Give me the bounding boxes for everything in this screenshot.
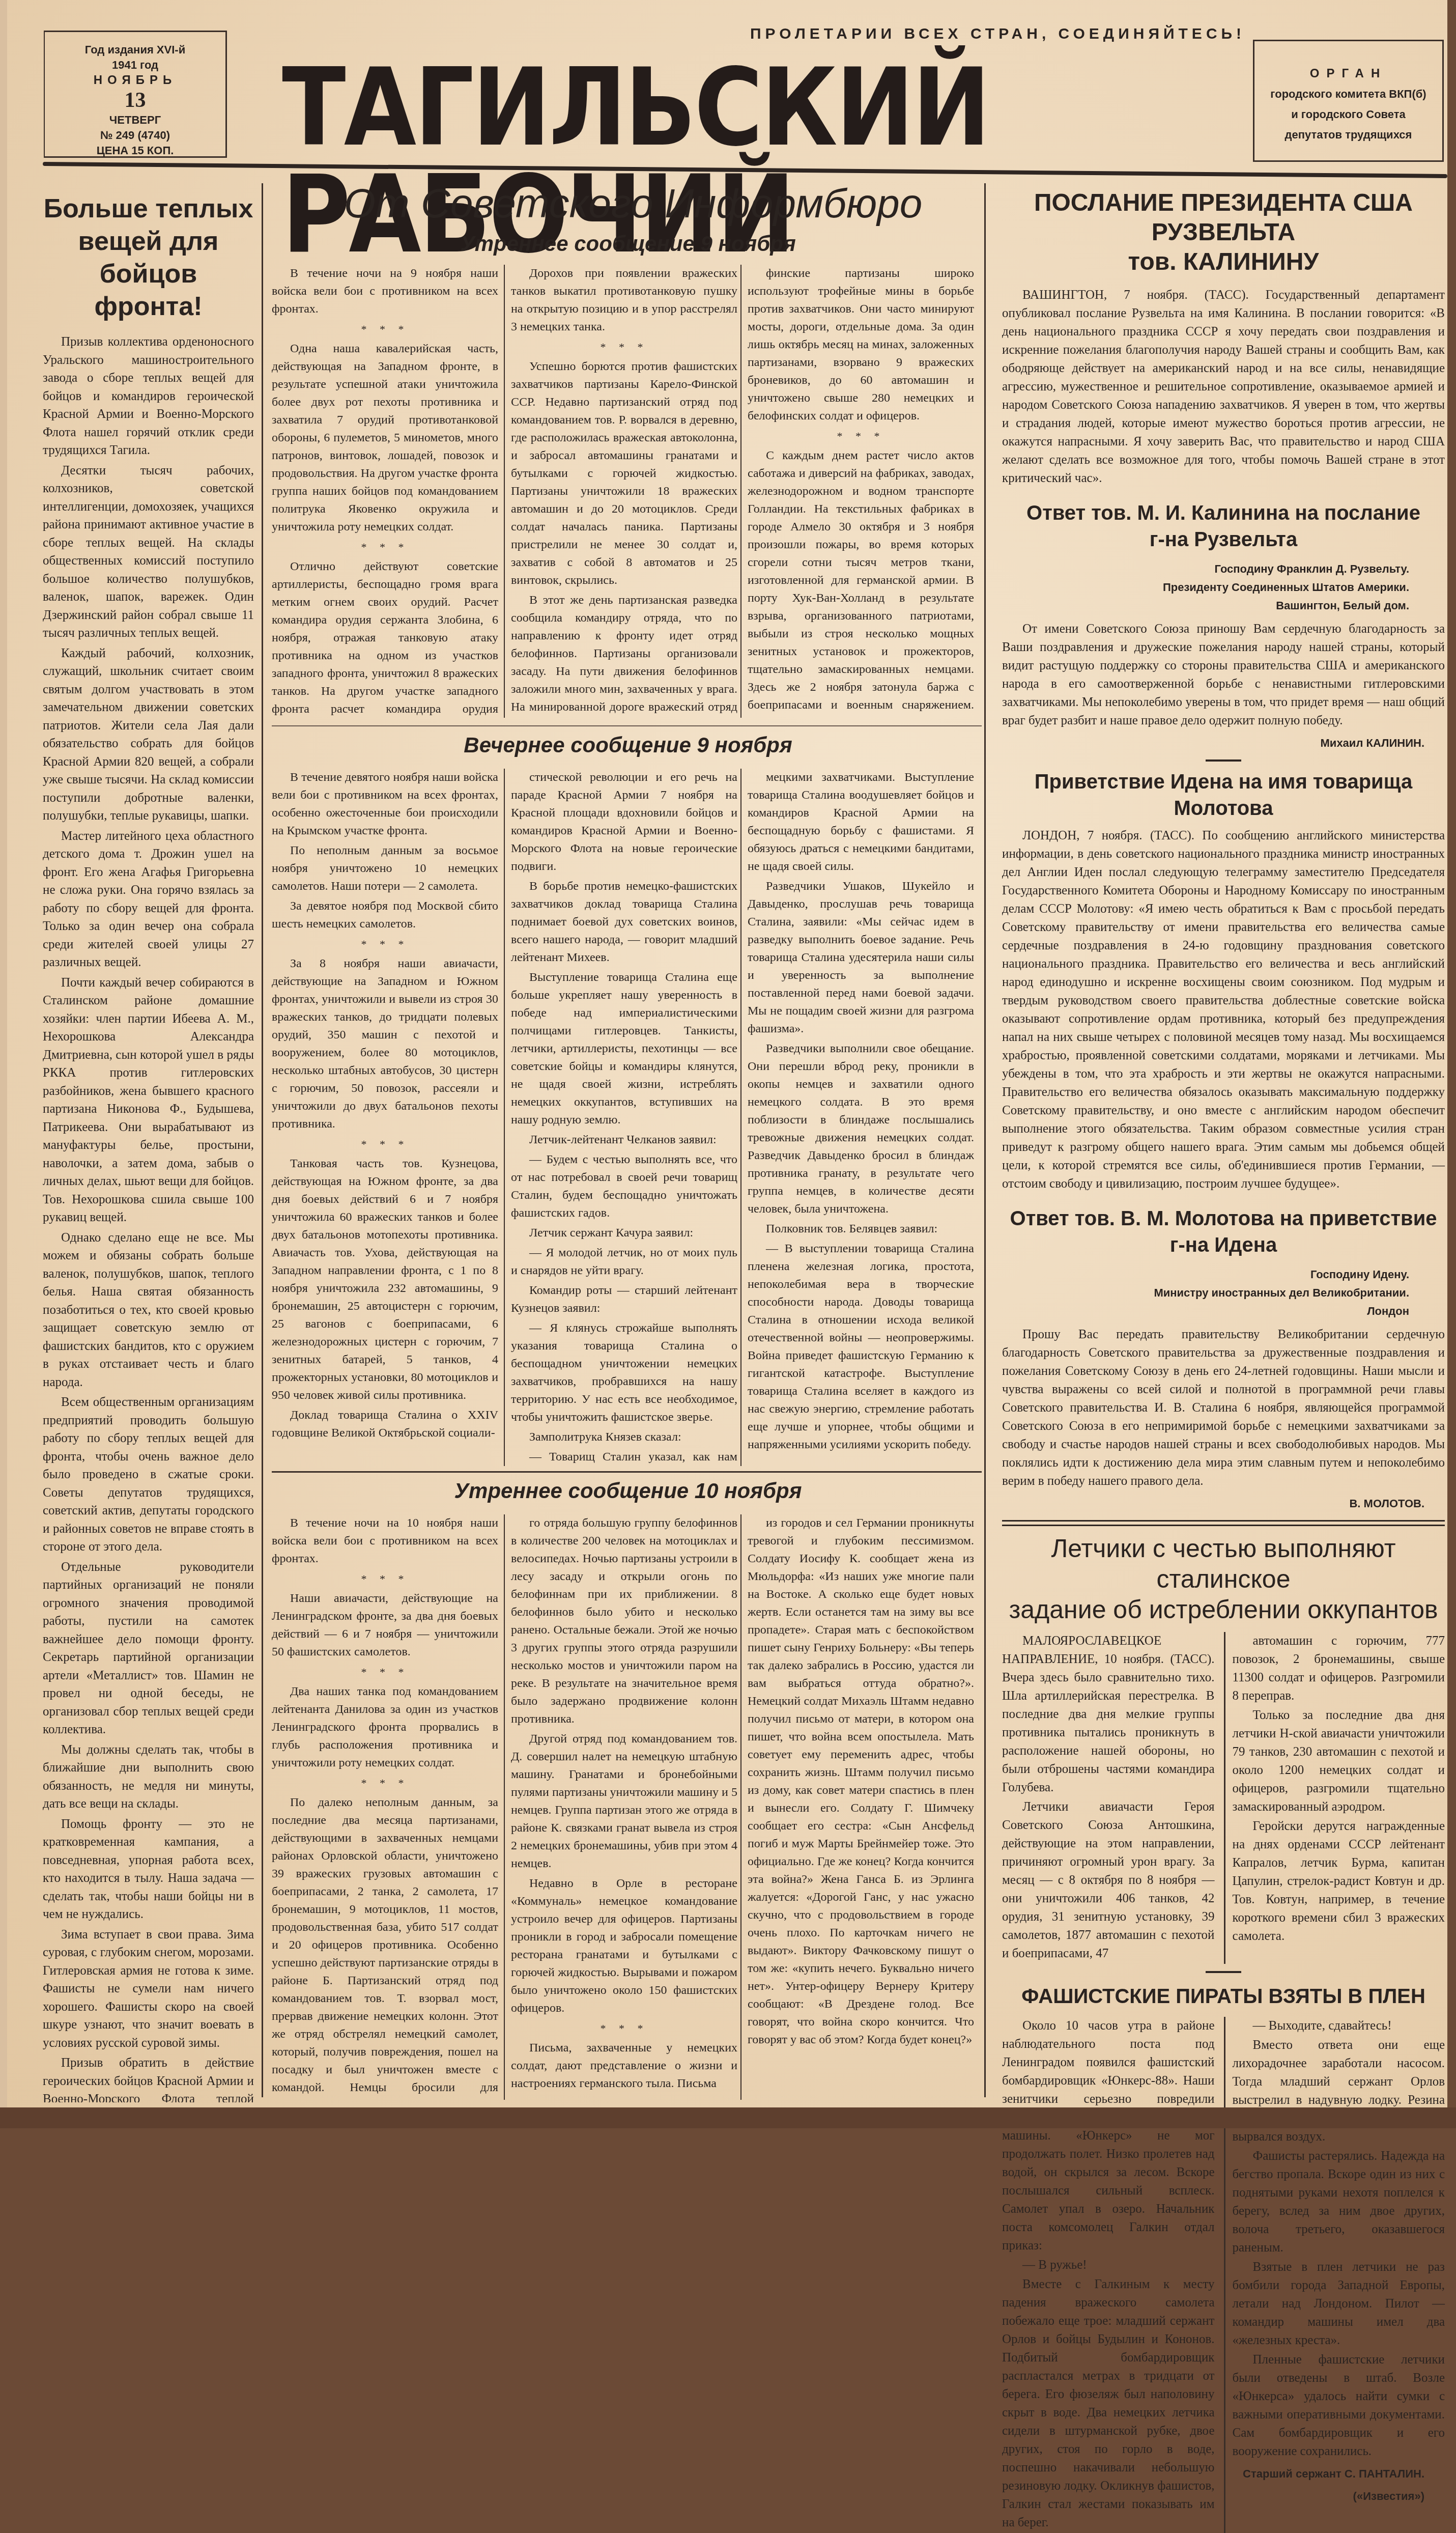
- pilots-col: МАЛОЯРОСЛАВЕЦКОЕ НАПРАВЛЕНИЕ, 10 ноября.…: [1002, 1632, 1215, 1964]
- column-divider: [984, 183, 986, 2097]
- pilots-headline-2: задание об истреблении оккупантов: [1002, 1594, 1445, 1625]
- paragraph: Успешно борются против фашистских захват…: [511, 358, 737, 589]
- paragraph: Мы должны сделать так, чтобы в ближайшие…: [43, 1741, 254, 1813]
- paragraph: Всем общественным организациям предприят…: [43, 1393, 254, 1556]
- paragraph: Геройски дерутся награжденные на днях ор…: [1233, 1817, 1445, 1946]
- address-line: Господину Идену.: [1002, 1265, 1409, 1284]
- section-title: Вечернее сообщение 9 ноября: [272, 733, 984, 757]
- paragraph: Каждый рабочий, колхозник, служащий, шко…: [43, 644, 254, 825]
- paragraph: Призыв обратить в действие героических б…: [43, 2054, 254, 2102]
- report-column: В течение ночи на 9 ноября наши войска в…: [272, 265, 498, 718]
- newspaper-page: Год издания XVI-й 1941 год НОЯБРЬ 13 ЧЕТ…: [7, 0, 1447, 2107]
- column-divider: [740, 265, 741, 718]
- section-separator: * * *: [748, 427, 974, 445]
- paragraph: Танковая часть тов. Кузнецова, действующ…: [272, 1155, 498, 1404]
- paragraph: Разведчики выполнили свое обещание. Они …: [748, 1040, 974, 1218]
- paragraph: В борьбе против немецко-фашистских захва…: [511, 878, 737, 967]
- paragraph: Только за последние два дня летчики Н-ск…: [1233, 1706, 1445, 1816]
- section-title: Утреннее сообщение 9 ноября: [272, 232, 984, 256]
- organ-box: ОРГАН городского комитета ВКП(б) и город…: [1253, 40, 1444, 162]
- paragraph: автомашин с горючим, 777 повозок, 2 брон…: [1233, 1632, 1445, 1705]
- pilots-body: МАЛОЯРОСЛАВЕЦКОЕ НАПРАВЛЕНИЕ, 10 ноября.…: [1002, 1632, 1445, 1964]
- kalinin-body: От имени Советского Союза приношу Вам се…: [1002, 620, 1445, 730]
- paragraph: го отряда большую группу белофиннов в ко…: [511, 1514, 737, 1728]
- motto: ПРОЛЕТАРИИ ВСЕХ СТРАН, СОЕДИНЯЙТЕСЬ!: [750, 25, 1245, 43]
- molotov-headline: Ответ тов. В. М. Молотова на приветствие: [1002, 1205, 1445, 1232]
- right-column: ПОСЛАНИЕ ПРЕЗИДЕНТА США РУЗВЕЛЬТА тов. К…: [1002, 188, 1445, 2128]
- paragraph: Десятки тысяч рабочих, колхозников, сове…: [43, 462, 254, 642]
- paragraph: — Товарищ Сталин указал, как нам надо де…: [511, 1448, 737, 1466]
- paragraph: Разведчики Ушаков, Шукейло и Давыденко, …: [748, 878, 974, 1038]
- paragraph: Зима вступает в свои права. Зима суровая…: [43, 1926, 254, 2052]
- eden-headline: Приветствие Идена на имя товарища Молото…: [1002, 769, 1445, 822]
- month: НОЯБРЬ: [45, 73, 225, 88]
- section-separator: * * *: [272, 1774, 498, 1792]
- address-line: Господину Франклин Д. Рузвельту.: [1002, 560, 1409, 578]
- day: 13: [45, 88, 225, 112]
- organ-label: ОРГАН: [1254, 64, 1442, 84]
- report-column: В течение ночи на 10 ноября наши войска …: [272, 1514, 498, 2100]
- paragraph: Помощь фронту — это не кратковременная к…: [43, 1815, 254, 1924]
- left-article-headline: Больше теплых вещей для бойцов фронта!: [43, 192, 254, 323]
- report-column: Дорохов при появлении вражеских танков в…: [511, 265, 737, 718]
- column-divider: [504, 1514, 505, 2100]
- column-divider: [740, 1514, 741, 2100]
- paragraph: Одна наша кавалерийская часть, действующ…: [272, 340, 498, 536]
- paragraph: По далеко неполным данным, за последние …: [272, 1794, 498, 2100]
- paragraph: Отдельные руководители партийных организ…: [43, 1558, 254, 1739]
- paragraph: — Выходите, сдавайтесь!: [1233, 2017, 1445, 2035]
- divider: [1002, 1520, 1445, 1526]
- divider: [1206, 1971, 1241, 1973]
- pilots-col: автомашин с горючим, 777 повозок, 2 брон…: [1224, 1632, 1445, 1964]
- paragraph: Выступление товарища Сталина еще больше …: [511, 969, 737, 1129]
- paragraph: За девятое ноября под Москвой сбито шест…: [272, 897, 498, 933]
- paragraph: Однако сделано еще не все. Мы можем и об…: [43, 1229, 254, 1392]
- year: 1941 год: [45, 58, 225, 73]
- paragraph: В течение ночи на 9 ноября наши войска в…: [272, 265, 498, 318]
- left-article: Больше теплых вещей для бойцов фронта! П…: [43, 188, 254, 2102]
- address-line: Президенту Соединенных Штатов Америки.: [1002, 578, 1409, 597]
- paragraph: — Будем с честью выполнять все, что от н…: [511, 1151, 737, 1222]
- roosevelt-headline: ПОСЛАНИЕ ПРЕЗИДЕНТА США РУЗВЕЛЬТА: [1002, 188, 1445, 247]
- kalinin-address: Господину Франклин Д. Рузвельту. Президе…: [1002, 560, 1409, 615]
- paragraph: из городов и сел Германии проникнуты тре…: [748, 1514, 974, 2049]
- column-divider: [262, 183, 263, 2097]
- paragraph: Наши авиачасти, действующие на Ленинград…: [272, 1590, 498, 1661]
- section-separator: * * *: [272, 935, 498, 953]
- kalinin-headline: Ответ тов. М. И. Калинина на послание: [1002, 500, 1445, 526]
- paragraph: В этот же день партизанская разведка соо…: [511, 592, 737, 718]
- section-separator: * * *: [511, 338, 737, 356]
- paragraph: МАЛОЯРОСЛАВЕЦКОЕ НАПРАВЛЕНИЕ, 10 ноября.…: [1002, 1632, 1215, 1797]
- section-separator: * * *: [272, 1663, 498, 1681]
- issue-number: № 249 (4740): [45, 128, 225, 143]
- column-divider: [740, 769, 741, 1466]
- section-rule: [272, 1471, 982, 1473]
- report-column: В течение девятого ноября наши войска ве…: [272, 769, 498, 1466]
- paragraph: — В выступлении товарища Сталина пленена…: [748, 1240, 974, 1454]
- paragraph: Дорохов при появлении вражеских танков в…: [511, 265, 737, 336]
- section-separator: * * *: [272, 1570, 498, 1588]
- molotov-headline-2: г-на Идена: [1002, 1232, 1445, 1258]
- kalinin-signature: Михаил КАЛИНИН.: [1002, 734, 1424, 752]
- paragraph: Отлично действуют советские артиллеристы…: [272, 558, 498, 718]
- paragraph: В течение ночи на 10 ноября наши войска …: [272, 1514, 498, 1568]
- price: ЦЕНА 15 КОП.: [45, 143, 225, 158]
- weekday: ЧЕТВЕРГ: [45, 112, 225, 128]
- roosevelt-body: ВАШИНГТОН, 7 ноября. (ТАСС). Государстве…: [1002, 286, 1445, 488]
- report-column: мецкими захватчиками. Выступление товари…: [748, 769, 974, 1466]
- section-separator: * * *: [272, 538, 498, 556]
- eden-body: ЛОНДОН, 7 ноября. (ТАСС). По сообщению а…: [1002, 827, 1445, 1193]
- paragraph: Доклад товарища Сталина о XXIV годовщине…: [272, 1406, 498, 1442]
- paragraph: По неполным данным за восьмое ноября уни…: [272, 842, 498, 895]
- paragraph: стической революции и его речь на параде…: [511, 769, 737, 876]
- paragraph: мецкими захватчиками. Выступление товари…: [748, 769, 974, 876]
- page-edge: [0, 2107, 1456, 2128]
- paragraph: Другой отряд под командованием тов. Д. с…: [511, 1730, 737, 1873]
- section-title: Утреннее сообщение 10 ноября: [272, 1479, 984, 1503]
- address-line: Вашингтон, Белый дом.: [1002, 597, 1409, 615]
- paragraph: финские партизаны широко используют троф…: [748, 265, 974, 425]
- section-separator: * * *: [511, 2019, 737, 2037]
- section-rule: [272, 725, 982, 726]
- issue-info-box: Год издания XVI-й 1941 год НОЯБРЬ 13 ЧЕТ…: [44, 31, 227, 158]
- paragraph: За 8 ноября наши авиачасти, действующие …: [272, 955, 498, 1133]
- report-column: го отряда большую группу белофиннов в ко…: [511, 1514, 737, 2100]
- paragraph: Мастер литейного цеха областного детског…: [43, 827, 254, 972]
- paragraph: Призыв коллектива орденоносного Уральско…: [43, 333, 254, 460]
- divider: [1206, 759, 1241, 762]
- pilots-headline: Летчики с честью выполняют сталинское: [1002, 1533, 1445, 1594]
- paragraph: Почти каждый вечер собираются в Сталинск…: [43, 974, 254, 1227]
- paragraph: Два наших танка под командованием лейтен…: [272, 1683, 498, 1772]
- molotov-signature: В. МОЛОТОВ.: [1002, 1495, 1424, 1513]
- report-column: стической революции и его речь на параде…: [511, 769, 737, 1466]
- column-divider: [504, 769, 505, 1466]
- kalinin-headline-2: г-на Рузвельта: [1002, 526, 1445, 553]
- section-separator: * * *: [272, 1135, 498, 1153]
- roosevelt-headline-2: тов. КАЛИНИНУ: [1002, 247, 1445, 277]
- organ-line: и городского Совета: [1254, 104, 1442, 125]
- paragraph: Летчик-лейтенант Челканов заявил:: [511, 1131, 737, 1149]
- address-line: Министру иностранных дел Великобритании.: [1002, 1284, 1409, 1302]
- report-column: финские партизаны широко используют троф…: [748, 265, 974, 718]
- molotov-body: Прошу Вас передать правительству Великоб…: [1002, 1326, 1445, 1490]
- paragraph: Письма, захваченные у немецких солдат, д…: [511, 2039, 737, 2093]
- paragraph: Замполитрука Князев сказал:: [511, 1428, 737, 1446]
- column-divider: [504, 265, 505, 718]
- paragraph: Полковник тов. Белявцев заявил:: [748, 1220, 974, 1238]
- molotov-address: Господину Идену. Министру иностранных де…: [1002, 1265, 1409, 1320]
- paragraph: В течение девятого ноября наши войска ве…: [272, 769, 498, 840]
- section-separator: * * *: [272, 320, 498, 338]
- paragraph: Недавно в Орле в ресторане «Коммуналь» н…: [511, 1875, 737, 2017]
- sovinformburo-heading: От Советского Информбюро: [292, 178, 974, 229]
- paragraph: — Я молодой летчик, но от моих пуль и сн…: [511, 1244, 737, 1280]
- paragraph: Летчик сержант Качура заявил:: [511, 1224, 737, 1242]
- address-line: Лондон: [1002, 1302, 1409, 1320]
- paragraph: — Я клянусь строжайше выполнять указания…: [511, 1319, 737, 1426]
- report-column: из городов и сел Германии проникнуты тре…: [748, 1514, 974, 2100]
- organ-line: городского комитета ВКП(б): [1254, 84, 1442, 104]
- paragraph: Командир роты — старший лейтенант Кузнец…: [511, 1282, 737, 1317]
- pirates-headline: ФАШИСТСКИЕ ПИРАТЫ ВЗЯТЫ В ПЛЕН: [1002, 1983, 1445, 2010]
- organ-line: депутатов трудящихся: [1254, 125, 1442, 145]
- paragraph: Летчики авиачасти Героя Советского Союза…: [1002, 1798, 1215, 1963]
- paragraph: С каждым днем растет число актов саботаж…: [748, 447, 974, 718]
- edition-year: Год издания XVI-й: [45, 42, 225, 58]
